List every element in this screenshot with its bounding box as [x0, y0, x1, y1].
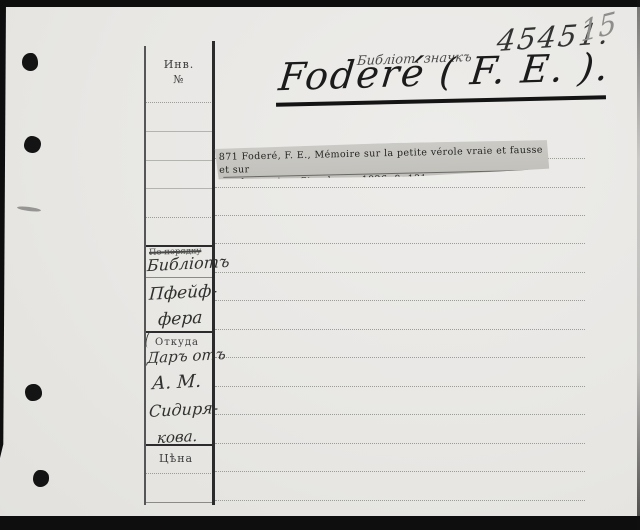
ruled-line	[215, 471, 585, 472]
ink-blot	[25, 384, 42, 401]
ruled-line	[215, 243, 585, 244]
ruled-line	[215, 329, 585, 330]
ruled-line	[215, 414, 585, 415]
handwritten-origin-line2: А. М.	[151, 371, 201, 395]
accession-number-pencil: 15	[581, 5, 617, 49]
column-line-left	[144, 46, 146, 505]
scan-edge-top	[0, 0, 640, 7]
ruled-line	[145, 502, 213, 503]
price-label: Цѣна	[159, 452, 193, 465]
ruled-line	[215, 300, 585, 301]
ruled-line	[215, 215, 585, 216]
ruled-line	[215, 443, 585, 444]
ruled-line	[145, 217, 213, 218]
ruled-line	[215, 272, 585, 273]
ruled-line	[145, 473, 213, 474]
handwritten-name-part2: фера	[158, 308, 203, 330]
ruled-line	[145, 102, 213, 103]
ruled-line	[215, 187, 585, 188]
ruled-line	[215, 357, 585, 358]
ruled-line	[145, 277, 213, 278]
ruled-line	[145, 188, 213, 189]
inventory-number-label: Инв. №	[146, 57, 212, 87]
scan-edge-bottom	[0, 516, 640, 530]
handwritten-name-part1: Пфейф-	[149, 281, 218, 305]
inventory-label-line2: №	[146, 72, 212, 87]
handwritten-origin-line3: Сидиря-	[149, 398, 219, 421]
inventory-label-line1: Инв.	[146, 57, 212, 72]
pasted-bibliography-clipping: 871 Foderé, F. E., Mémoire sur la petite…	[215, 139, 550, 181]
ruled-line	[145, 131, 213, 132]
column-line-right	[212, 41, 215, 505]
ink-smudge	[17, 206, 41, 213]
ruled-line	[145, 160, 213, 161]
ruled-line	[215, 500, 585, 501]
handwritten-origin-line4: кова.	[157, 427, 198, 447]
ruled-line	[215, 386, 585, 387]
ink-blot	[33, 470, 49, 487]
catalog-card-scan: Инв. № По порядку Откуда Цѣна Библіотъ П…	[0, 0, 640, 530]
ink-blot	[24, 136, 41, 153]
card-title-handwritten: Foderé ( F. E. ).	[277, 45, 613, 100]
ruled-line	[145, 331, 213, 333]
scan-edge-left	[0, 0, 6, 458]
ink-blot	[22, 53, 38, 71]
